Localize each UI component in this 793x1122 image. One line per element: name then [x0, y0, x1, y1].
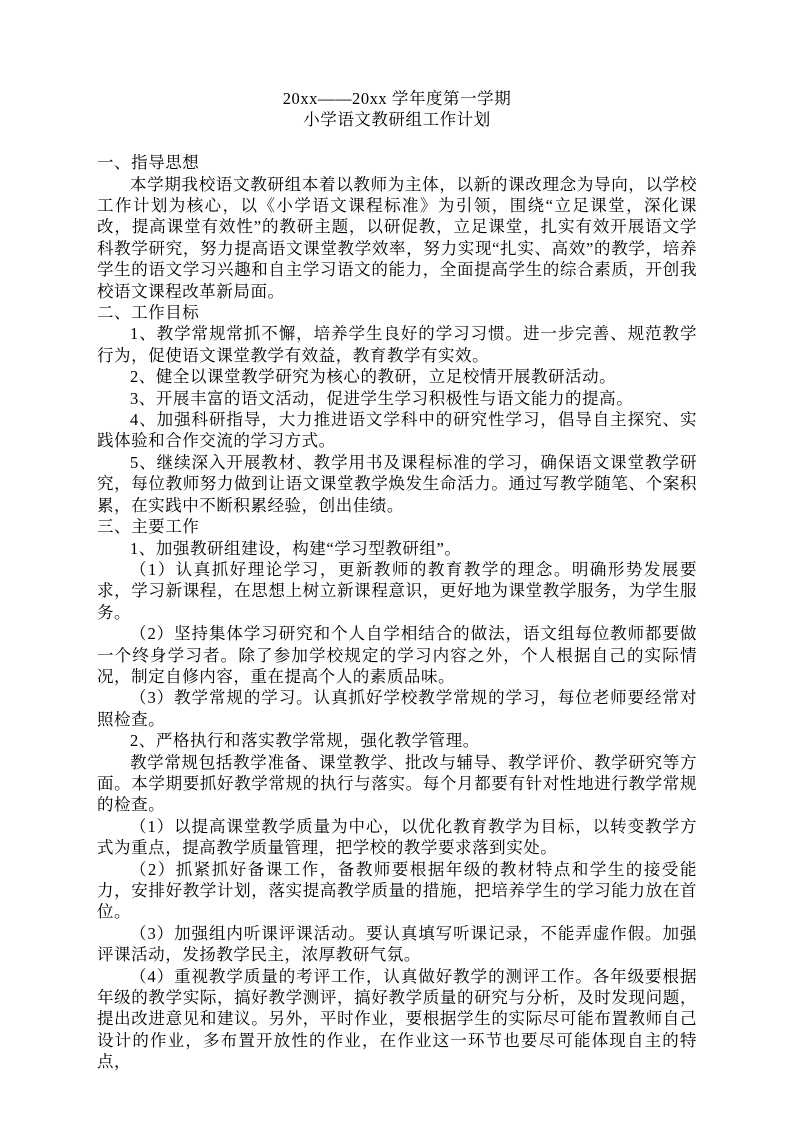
paragraph: 2、健全以课堂教学研究为核心的教研，立足校情开展教研活动。 — [97, 366, 697, 387]
paragraph: 4、加强科研指导，大力推进语文学科中的研究性学习，倡导自主探究、实践体验和合作交… — [97, 409, 697, 452]
paragraph: 3、开展丰富的语文活动，促进学生学习积极性与语文能力的提高。 — [97, 388, 697, 409]
document-page: 20xx——20xx 学年度第一学期 小学语文教研组工作计划 一、指导思想 本学… — [0, 0, 793, 1122]
paragraph: （2）抓紧抓好备课工作，备教师要根据年级的教材特点和学生的接受能力，安排好教学计… — [97, 859, 697, 923]
paragraph: 5、继续深入开展教材、教学用书及课程标准的学习，确保语文课堂教学研究，每位教师努… — [97, 452, 697, 516]
paragraph: （1）认真抓好理论学习，更新教师的教育教学的理念。明确形势发展要求，学习新课程，… — [97, 559, 697, 623]
paragraph: （1）以提高课堂教学质量为中心，以优化教育教学为目标，以转变教学方式为重点，提高… — [97, 816, 697, 859]
paragraph: 本学期我校语文教研组本着以教师为主体，以新的课改理念为导向，以学校工作计划为核心… — [97, 174, 697, 302]
blank-line — [97, 131, 697, 152]
section-heading-work-goals: 二、工作目标 — [97, 302, 697, 323]
section-heading-guiding-ideology: 一、指导思想 — [97, 152, 697, 173]
paragraph: （3）教学常规的学习。认真抓好学校教学常规的学习，每位老师要经常对照检查。 — [97, 687, 697, 730]
paragraph: 2、严格执行和落实教学常规，强化教学管理。 — [97, 730, 697, 751]
doc-title-line1: 20xx——20xx 学年度第一学期 — [97, 88, 697, 109]
paragraph: （3）加强组内听课评课活动。要认真填写听课记录，不能弄虚作假。加强评课活动，发扬… — [97, 923, 697, 966]
paragraph: 1、加强教研组建设，构建“学习型教研组”。 — [97, 538, 697, 559]
section-heading-main-work: 三、主要工作 — [97, 516, 697, 537]
doc-title-line2: 小学语文教研组工作计划 — [97, 109, 697, 130]
paragraph: （4）重视教学质量的考评工作，认真做好教学的测评工作。各年级要根据年级的教学实际… — [97, 966, 697, 1073]
paragraph: 1、教学常规常抓不懈，培养学生良好的学习习惯。进一步完善、规范教学行为，促使语文… — [97, 323, 697, 366]
paragraph: （2）坚持集体学习研究和个人自学相结合的做法，语文组每位教师都要做一个终身学习者… — [97, 623, 697, 687]
paragraph: 教学常规包括教学准备、课堂教学、批改与辅导、教学评价、教学研究等方面。本学期要抓… — [97, 752, 697, 816]
